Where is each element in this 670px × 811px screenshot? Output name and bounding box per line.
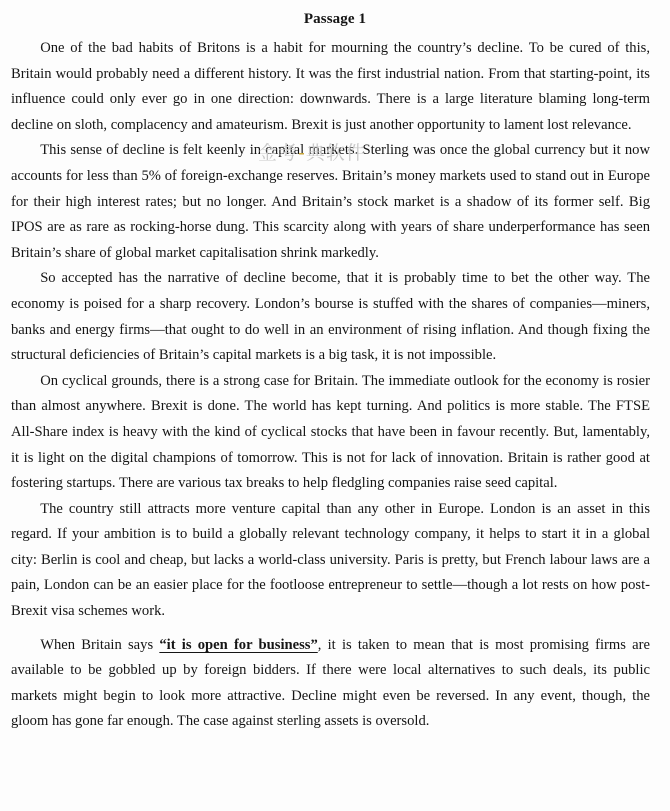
passage-body: One of the bad habits of Britons is a ha…: [11, 36, 650, 735]
paragraph-4: On cyclical grounds, there is a strong c…: [11, 369, 650, 497]
paragraph-5: The country still attracts more venture …: [11, 497, 650, 625]
paragraph-3: So accepted has the narrative of decline…: [11, 266, 650, 368]
passage-title: Passage 1: [0, 11, 670, 28]
highlighted-quote: “it is open for business”: [159, 637, 317, 653]
paragraph-2: This sense of decline is felt keenly in …: [11, 138, 650, 266]
paragraph-6-lead: When Britain says: [40, 637, 159, 653]
paragraph-1: One of the bad habits of Britons is a ha…: [11, 36, 650, 138]
paragraph-6: When Britain says “it is open for busine…: [11, 633, 650, 735]
document-page: Passage 1 One of the bad habits of Brito…: [0, 0, 670, 811]
